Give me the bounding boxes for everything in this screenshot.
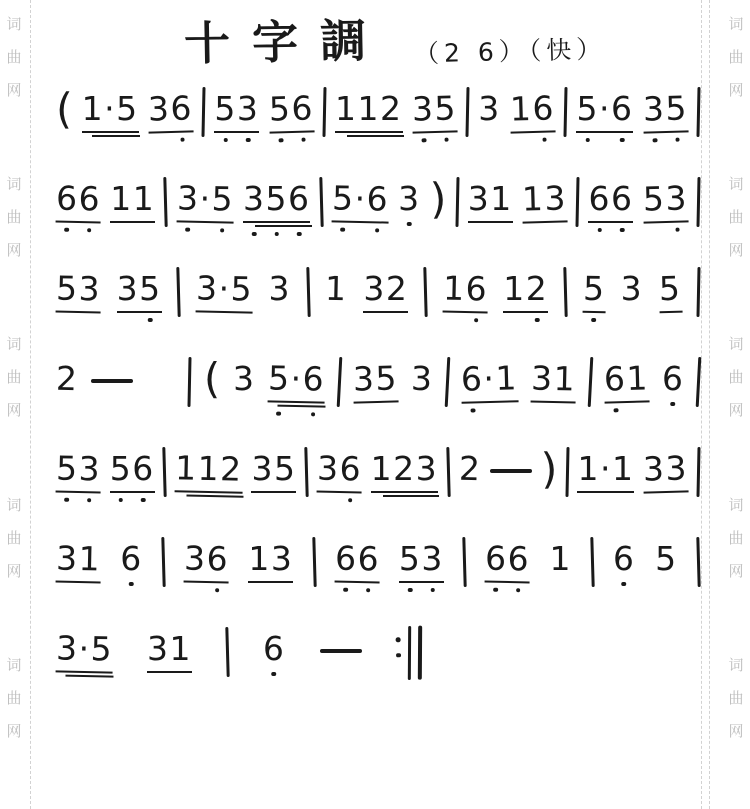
note: 66 bbox=[334, 540, 380, 584]
watermark-character: 曲 bbox=[728, 682, 743, 715]
barline-icon bbox=[319, 177, 323, 227]
score-line: 2(35·63536·131616 bbox=[56, 360, 700, 450]
watermark-character: 网 bbox=[728, 234, 743, 267]
watermark-character: 词 bbox=[6, 328, 21, 361]
watermark-left: 词曲网词曲网词曲网词曲网词曲网 bbox=[3, 0, 25, 809]
note: 66 bbox=[56, 180, 102, 224]
note: 3 bbox=[398, 180, 421, 218]
low-octave-dot bbox=[148, 318, 153, 323]
score-line: 66113·53565·63)31136653 bbox=[56, 180, 700, 270]
low-octave-dot bbox=[348, 498, 353, 503]
note: 5 bbox=[655, 540, 678, 578]
low-octave-dot bbox=[494, 588, 499, 593]
watermark-character: 词 bbox=[6, 649, 21, 682]
note: 31 bbox=[531, 360, 577, 404]
note: 56 bbox=[110, 450, 155, 493]
watermark-character: 词 bbox=[728, 168, 743, 201]
watermark-character: 网 bbox=[6, 234, 21, 267]
barline-icon bbox=[696, 447, 700, 497]
low-octave-dot bbox=[252, 232, 257, 237]
note: 53 bbox=[56, 450, 102, 494]
note: 13 bbox=[248, 540, 293, 583]
low-octave-dot bbox=[422, 138, 427, 143]
note: 33 bbox=[643, 449, 689, 493]
barline-icon bbox=[576, 177, 580, 227]
note: 36 bbox=[316, 450, 362, 494]
low-octave-dot bbox=[87, 498, 92, 503]
low-octave-dot bbox=[614, 408, 619, 413]
barline-icon bbox=[161, 537, 165, 587]
note: 31 bbox=[56, 540, 102, 584]
low-octave-dot bbox=[542, 138, 547, 143]
barline-icon bbox=[312, 537, 316, 587]
note: 112 bbox=[335, 90, 403, 133]
low-octave-dot bbox=[652, 138, 657, 143]
watermark-character: 曲 bbox=[728, 201, 743, 234]
barline-icon bbox=[423, 267, 427, 317]
note: 1 bbox=[550, 540, 573, 578]
low-octave-dot bbox=[473, 318, 478, 323]
barline-icon bbox=[564, 87, 568, 137]
note: 66 bbox=[485, 540, 531, 584]
title-annotation: （2 6）（快） bbox=[413, 29, 606, 74]
barline-icon bbox=[322, 87, 326, 137]
low-octave-dot bbox=[220, 228, 225, 233]
phrase-paren: ( bbox=[204, 358, 220, 400]
barline-icon bbox=[304, 447, 308, 497]
note: 5·6 bbox=[331, 179, 389, 223]
low-octave-dot bbox=[311, 412, 316, 417]
spacer bbox=[146, 360, 176, 361]
note: 3·5 bbox=[195, 269, 253, 313]
note: 35 bbox=[251, 450, 296, 493]
note: 11 bbox=[110, 180, 155, 223]
barline-icon bbox=[336, 357, 342, 407]
watermark-character: 词 bbox=[728, 489, 743, 522]
barline-icon bbox=[164, 177, 168, 227]
note: 5·6 bbox=[268, 359, 326, 403]
note: 6 bbox=[661, 360, 684, 398]
note: 356 bbox=[243, 180, 311, 223]
barline-icon bbox=[188, 357, 192, 407]
note: 1 bbox=[325, 270, 348, 308]
barline-icon bbox=[306, 267, 310, 317]
low-octave-dot bbox=[64, 498, 69, 503]
note: 53 bbox=[214, 90, 259, 133]
sustain-dash-icon bbox=[91, 379, 133, 383]
low-octave-dot bbox=[129, 582, 134, 587]
barline-icon bbox=[591, 537, 595, 587]
sustain-dash-icon bbox=[490, 469, 532, 473]
barline-icon bbox=[696, 267, 700, 317]
note: 5·6 bbox=[576, 90, 633, 133]
watermark-character: 网 bbox=[6, 555, 21, 588]
phrase-paren: ( bbox=[56, 88, 73, 130]
low-octave-dot bbox=[430, 588, 435, 593]
phrase-paren: ) bbox=[540, 448, 558, 490]
note: 53 bbox=[399, 540, 444, 583]
low-octave-dot bbox=[185, 228, 190, 233]
note: 53 bbox=[56, 270, 102, 314]
low-octave-dot bbox=[246, 138, 251, 143]
note: 32 bbox=[363, 270, 408, 313]
low-octave-dot bbox=[407, 222, 412, 227]
low-octave-dot bbox=[516, 588, 521, 593]
low-octave-dot bbox=[64, 228, 69, 233]
low-octave-dot bbox=[180, 138, 185, 143]
low-octave-dot bbox=[375, 228, 380, 233]
left-dashed-border bbox=[30, 0, 31, 809]
note: 3·5 bbox=[56, 629, 114, 673]
note: 3 bbox=[269, 270, 292, 308]
low-octave-dot bbox=[223, 138, 228, 143]
barline-icon bbox=[445, 357, 451, 407]
note: 5 bbox=[582, 270, 605, 313]
low-octave-dot bbox=[340, 228, 345, 233]
low-octave-dot bbox=[444, 138, 449, 143]
note: 5 bbox=[658, 270, 682, 314]
barline-icon bbox=[446, 447, 450, 497]
barline-icon bbox=[462, 537, 466, 587]
watermark-character: 网 bbox=[6, 394, 21, 427]
note: 13 bbox=[521, 179, 567, 223]
low-octave-dot bbox=[591, 318, 596, 323]
note: 3 bbox=[410, 360, 433, 398]
low-octave-dot bbox=[471, 408, 476, 413]
watermark-character: 网 bbox=[728, 715, 743, 748]
phrase-paren: ) bbox=[429, 178, 447, 220]
barline-icon bbox=[565, 447, 569, 497]
low-octave-dot bbox=[301, 138, 306, 143]
watermark-character: 网 bbox=[6, 74, 21, 107]
note: 3·5 bbox=[176, 179, 234, 223]
low-octave-dot bbox=[276, 412, 281, 417]
watermark-character: 词 bbox=[728, 328, 743, 361]
score-line: 535611235361232)1·133 bbox=[56, 450, 700, 540]
watermark-right: 词曲网词曲网词曲网词曲网词曲网 bbox=[725, 0, 747, 809]
note: 2 bbox=[56, 360, 79, 398]
score-line: (1·5365356112353165·635 bbox=[56, 90, 700, 180]
low-octave-dot bbox=[620, 138, 625, 143]
note: 35 bbox=[411, 89, 457, 133]
low-octave-dot bbox=[535, 318, 540, 323]
barline-icon bbox=[455, 177, 459, 227]
low-octave-dot bbox=[87, 228, 92, 233]
low-octave-dot bbox=[278, 138, 283, 143]
note: 35 bbox=[353, 359, 399, 403]
sustain-dash-icon bbox=[320, 649, 362, 653]
low-octave-dot bbox=[622, 582, 627, 587]
note: 31 bbox=[147, 630, 192, 673]
note: 12 bbox=[503, 270, 548, 313]
watermark-character: 曲 bbox=[6, 682, 21, 715]
barline-icon bbox=[202, 87, 206, 137]
watermark-character: 词 bbox=[728, 8, 743, 41]
note: 2 bbox=[458, 450, 481, 488]
right-dashed-border-outer bbox=[701, 0, 702, 809]
score-line: 3163613665366165 bbox=[56, 540, 700, 630]
low-octave-dot bbox=[215, 588, 220, 593]
barline-icon bbox=[587, 357, 593, 407]
barline-icon bbox=[696, 537, 700, 587]
note: 53 bbox=[642, 179, 688, 223]
barline-icon bbox=[177, 267, 181, 317]
note: 56 bbox=[268, 89, 314, 133]
low-octave-dot bbox=[675, 228, 680, 233]
note: 16 bbox=[442, 270, 488, 314]
watermark-character: 词 bbox=[6, 489, 21, 522]
low-octave-dot bbox=[597, 228, 602, 233]
watermark-character: 曲 bbox=[728, 361, 743, 394]
barline-icon bbox=[696, 87, 700, 137]
watermark-character: 词 bbox=[6, 168, 21, 201]
note: 112 bbox=[175, 449, 243, 493]
note: 31 bbox=[468, 180, 513, 223]
low-octave-dot bbox=[366, 588, 371, 593]
note: 3 bbox=[232, 360, 256, 399]
note: 1·5 bbox=[82, 90, 139, 133]
note: 6 bbox=[613, 540, 636, 578]
note: 35 bbox=[642, 89, 688, 133]
note: 3 bbox=[478, 90, 501, 128]
watermark-character: 网 bbox=[6, 715, 21, 748]
watermark-character: 曲 bbox=[6, 201, 21, 234]
watermark-character: 词 bbox=[728, 649, 743, 682]
note: 1·1 bbox=[577, 450, 634, 493]
watermark-character: 网 bbox=[728, 394, 743, 427]
score-sheet: (1·5365356112353165·63566113·53565·63)31… bbox=[0, 72, 750, 720]
low-octave-dot bbox=[670, 402, 675, 407]
low-octave-dot bbox=[297, 232, 302, 237]
note: 35 bbox=[117, 270, 162, 313]
low-octave-dot bbox=[141, 498, 146, 503]
watermark-character: 曲 bbox=[728, 522, 743, 555]
note: 6 bbox=[263, 630, 286, 668]
note: 16 bbox=[509, 89, 555, 133]
barline-icon bbox=[163, 447, 167, 497]
right-dashed-border bbox=[709, 0, 710, 809]
note: 3 bbox=[621, 270, 644, 308]
low-octave-dot bbox=[408, 588, 413, 593]
barline-icon bbox=[225, 627, 229, 677]
repeat-end-sign-icon bbox=[395, 626, 422, 681]
watermark-character: 词 bbox=[6, 8, 21, 41]
barline-icon bbox=[696, 177, 700, 227]
page-title: 十字調 bbox=[183, 4, 388, 74]
note: 36 bbox=[184, 540, 230, 584]
low-octave-dot bbox=[119, 498, 124, 503]
score-line: 3·5316 bbox=[56, 630, 700, 720]
note: 6 bbox=[120, 540, 143, 578]
barline-icon bbox=[563, 267, 567, 317]
note: 123 bbox=[371, 450, 439, 493]
low-octave-dot bbox=[585, 138, 590, 143]
watermark-character: 曲 bbox=[6, 41, 21, 74]
watermark-character: 网 bbox=[728, 555, 743, 588]
low-octave-dot bbox=[271, 672, 276, 677]
watermark-character: 网 bbox=[728, 74, 743, 107]
watermark-character: 曲 bbox=[728, 41, 743, 74]
low-octave-dot bbox=[274, 232, 279, 237]
low-octave-dot bbox=[343, 588, 348, 593]
title-row: 十字調 （2 6）（快） bbox=[0, 0, 750, 72]
watermark-character: 曲 bbox=[6, 361, 21, 394]
low-octave-dot bbox=[620, 228, 625, 233]
note: 66 bbox=[588, 180, 633, 223]
low-octave-dot bbox=[675, 138, 680, 143]
barline-icon bbox=[465, 87, 469, 137]
score-line: 53353·531321612535 bbox=[56, 270, 700, 360]
watermark-character: 曲 bbox=[6, 522, 21, 555]
note: 61 bbox=[604, 359, 650, 403]
note: 6·1 bbox=[461, 359, 519, 404]
note: 36 bbox=[147, 89, 193, 133]
